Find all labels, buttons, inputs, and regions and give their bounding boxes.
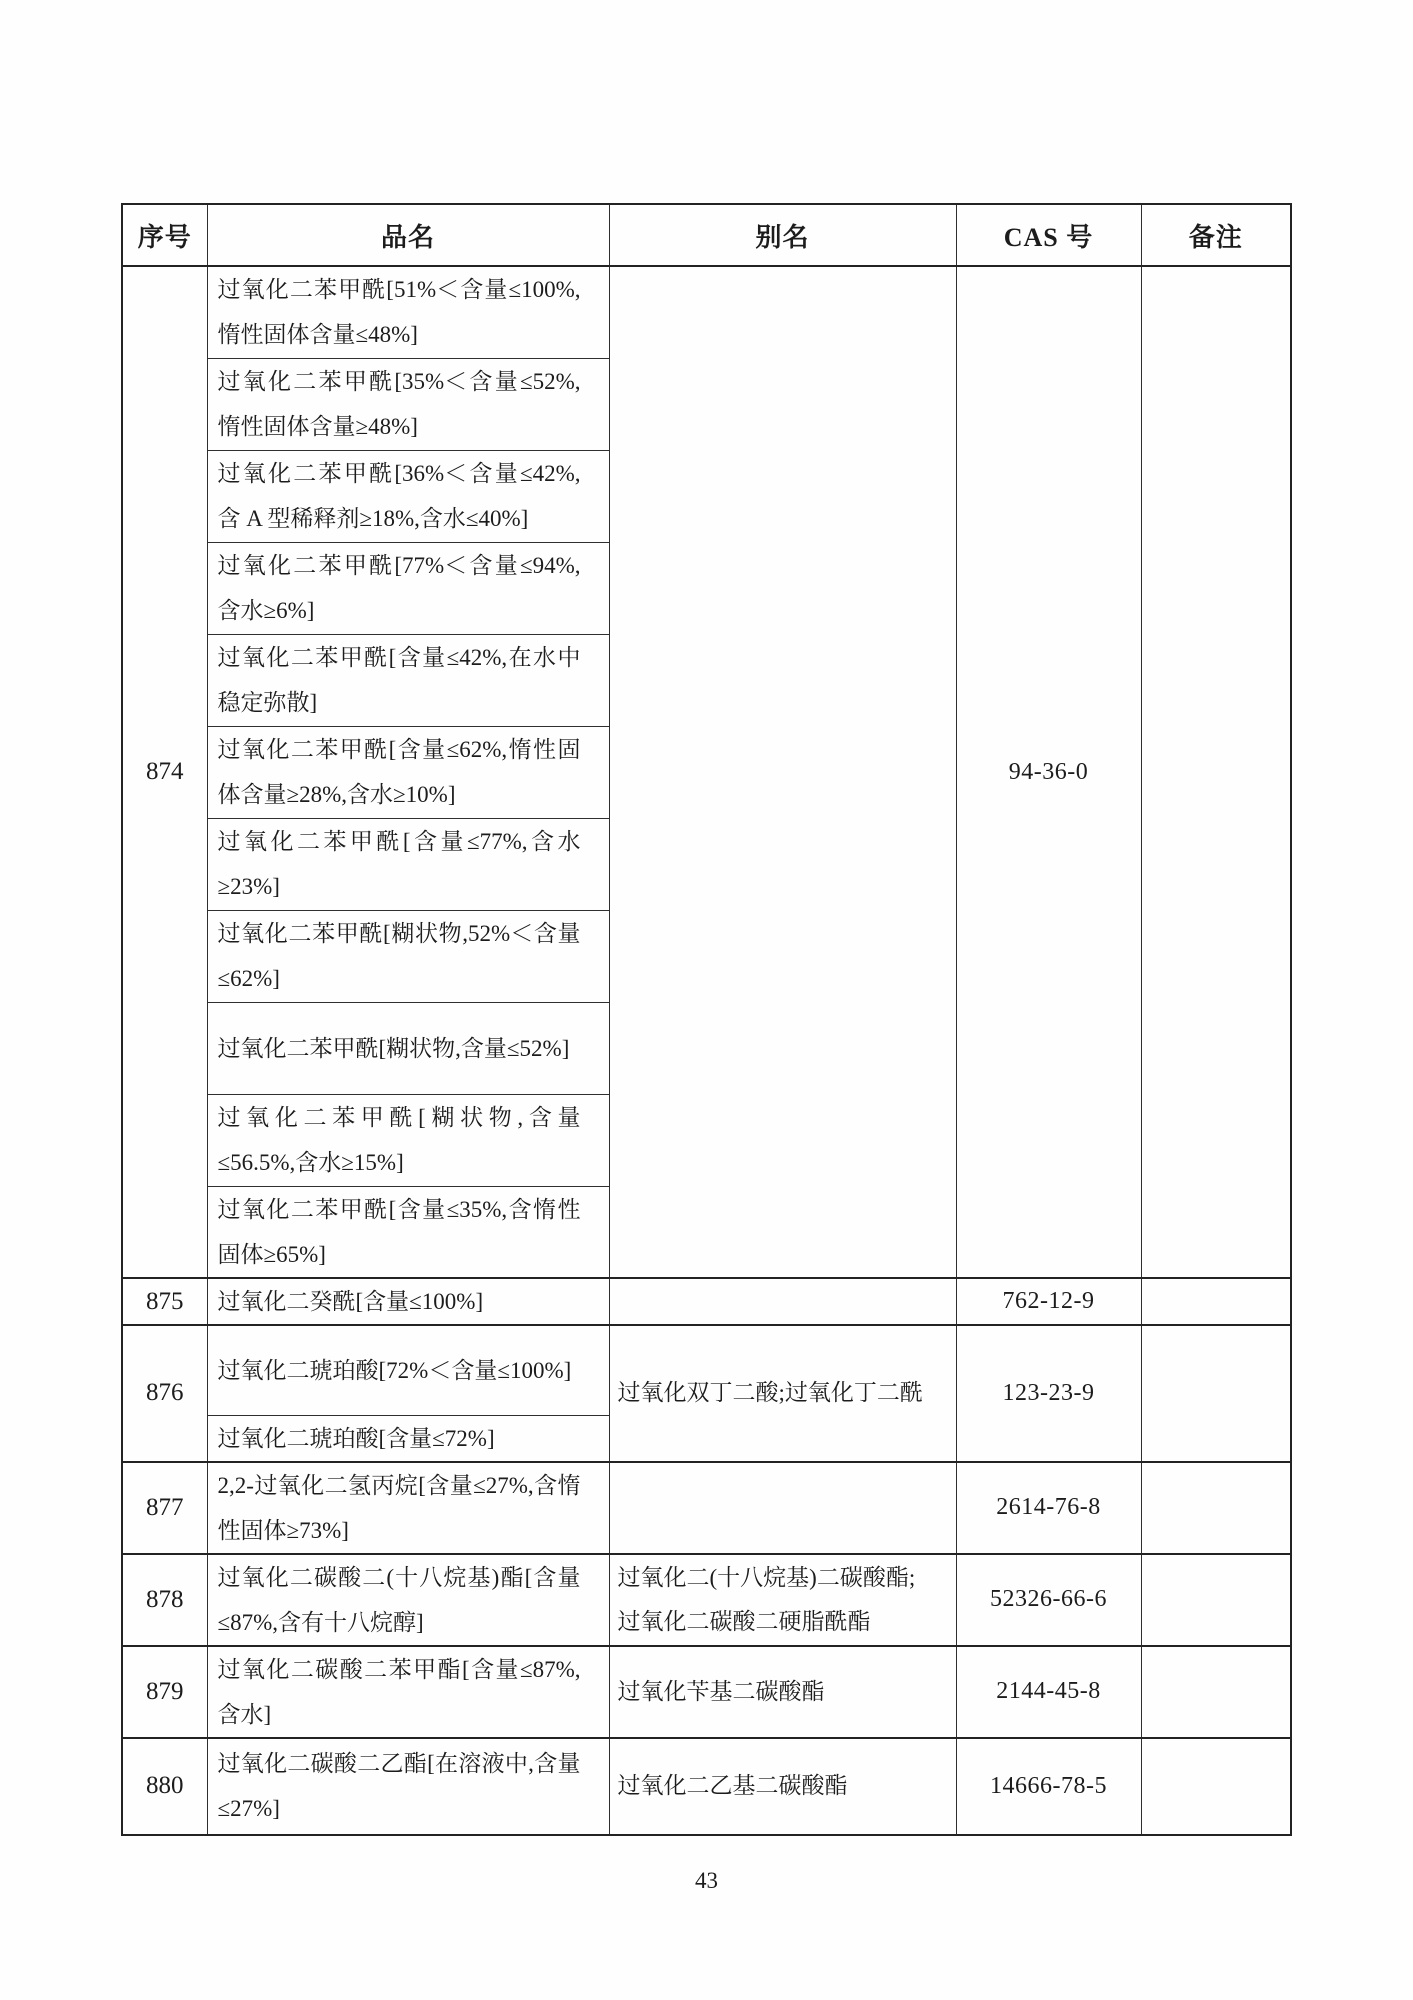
cell-seq-879: 879 (122, 1646, 207, 1738)
cell-alias-875 (609, 1278, 956, 1325)
header-alias: 别名 (609, 204, 956, 266)
chemicals-table: 序号 品名 别名 CAS 号 备注 874 过氧化二苯甲酰[51%＜含量≤100… (121, 203, 1292, 1836)
cell-remark-874 (1141, 266, 1291, 1278)
cell-remark-879 (1141, 1646, 1291, 1738)
cell-cas-874: 94-36-0 (956, 266, 1141, 1278)
cell-name-876-0: 过氧化二琥珀酸[72%＜含量≤100%] (207, 1325, 609, 1415)
cell-alias-879: 过氧化苄基二碳酸酯 (609, 1646, 956, 1738)
cell-name-875: 过氧化二癸酰[含量≤100%] (207, 1278, 609, 1325)
cell-seq-880: 880 (122, 1738, 207, 1835)
cell-name-874-6: 过氧化二苯甲酰[含量≤77%,含水≥23%] (207, 818, 609, 910)
table-row: 876 过氧化二琥珀酸[72%＜含量≤100%] 过氧化双丁二酸;过氧化丁二酰 … (122, 1325, 1291, 1415)
table-header-row: 序号 品名 别名 CAS 号 备注 (122, 204, 1291, 266)
cell-name-874-4: 过氧化二苯甲酰[含量≤42%,在水中稳定弥散] (207, 634, 609, 726)
cell-alias-874 (609, 266, 956, 1278)
cell-cas-879: 2144-45-8 (956, 1646, 1141, 1738)
header-remark: 备注 (1141, 204, 1291, 266)
cell-remark-880 (1141, 1738, 1291, 1835)
cell-name-874-5: 过氧化二苯甲酰[含量≤62%,惰性固体含量≥28%,含水≥10%] (207, 726, 609, 818)
cell-seq-874: 874 (122, 266, 207, 1278)
header-name: 品名 (207, 204, 609, 266)
document-page: 序号 品名 别名 CAS 号 备注 874 过氧化二苯甲酰[51%＜含量≤100… (0, 0, 1413, 2000)
cell-remark-878 (1141, 1554, 1291, 1646)
cell-name-874-2: 过氧化二苯甲酰[36%＜含量≤42%,含 A 型稀释剂≥18%,含水≤40%] (207, 450, 609, 542)
alias-line: 过氧化二碳酸二硬脂酰酯 (618, 1600, 952, 1644)
cell-remark-875 (1141, 1278, 1291, 1325)
cell-cas-880: 14666-78-5 (956, 1738, 1141, 1835)
cell-name-874-9: 过氧化二苯甲酰[糊状物,含量≤56.5%,含水≥15%] (207, 1094, 609, 1186)
cell-remark-876 (1141, 1325, 1291, 1462)
cell-name-878: 过氧化二碳酸二(十八烷基)酯[含量≤87%,含有十八烷醇] (207, 1554, 609, 1646)
alias-line: 过氧化二(十八烷基)二碳酸酯; (618, 1556, 952, 1600)
cell-alias-877 (609, 1462, 956, 1554)
header-seq: 序号 (122, 204, 207, 266)
cell-name-880: 过氧化二碳酸二乙酯[在溶液中,含量≤27%] (207, 1738, 609, 1835)
cell-cas-875: 762-12-9 (956, 1278, 1141, 1325)
table-row: 875 过氧化二癸酰[含量≤100%] 762-12-9 (122, 1278, 1291, 1325)
table-row: 878 过氧化二碳酸二(十八烷基)酯[含量≤87%,含有十八烷醇] 过氧化二(十… (122, 1554, 1291, 1646)
table-row: 874 过氧化二苯甲酰[51%＜含量≤100%,惰性固体含量≤48%] 94-3… (122, 266, 1291, 358)
cell-alias-878: 过氧化二(十八烷基)二碳酸酯; 过氧化二碳酸二硬脂酰酯 (609, 1554, 956, 1646)
header-cas: CAS 号 (956, 204, 1141, 266)
cell-name-874-8: 过氧化二苯甲酰[糊状物,含量≤52%] (207, 1002, 609, 1094)
cell-cas-877: 2614-76-8 (956, 1462, 1141, 1554)
cell-name-876-1: 过氧化二琥珀酸[含量≤72%] (207, 1415, 609, 1462)
cell-name-877: 2,2-过氧化二氢丙烷[含量≤27%,含惰性固体≥73%] (207, 1462, 609, 1554)
cell-name-879: 过氧化二碳酸二苯甲酯[含量≤87%,含水] (207, 1646, 609, 1738)
cell-cas-876: 123-23-9 (956, 1325, 1141, 1462)
cell-alias-880: 过氧化二乙基二碳酸酯 (609, 1738, 956, 1835)
cell-name-874-10: 过氧化二苯甲酰[含量≤35%,含惰性固体≥65%] (207, 1186, 609, 1278)
cell-seq-877: 877 (122, 1462, 207, 1554)
cell-seq-875: 875 (122, 1278, 207, 1325)
cell-seq-876: 876 (122, 1325, 207, 1462)
cell-name-874-0: 过氧化二苯甲酰[51%＜含量≤100%,惰性固体含量≤48%] (207, 266, 609, 358)
table-row: 877 2,2-过氧化二氢丙烷[含量≤27%,含惰性固体≥73%] 2614-7… (122, 1462, 1291, 1554)
cell-seq-878: 878 (122, 1554, 207, 1646)
table-row: 879 过氧化二碳酸二苯甲酯[含量≤87%,含水] 过氧化苄基二碳酸酯 2144… (122, 1646, 1291, 1738)
cell-remark-877 (1141, 1462, 1291, 1554)
cell-name-874-7: 过氧化二苯甲酰[糊状物,52%＜含量≤62%] (207, 910, 609, 1002)
page-number: 43 (0, 1868, 1413, 1894)
cell-name-874-1: 过氧化二苯甲酰[35%＜含量≤52%,惰性固体含量≥48%] (207, 358, 609, 450)
cell-name-874-3: 过氧化二苯甲酰[77%＜含量≤94%,含水≥6%] (207, 542, 609, 634)
table-row: 880 过氧化二碳酸二乙酯[在溶液中,含量≤27%] 过氧化二乙基二碳酸酯 14… (122, 1738, 1291, 1835)
cell-alias-876: 过氧化双丁二酸;过氧化丁二酰 (609, 1325, 956, 1462)
cell-cas-878: 52326-66-6 (956, 1554, 1141, 1646)
